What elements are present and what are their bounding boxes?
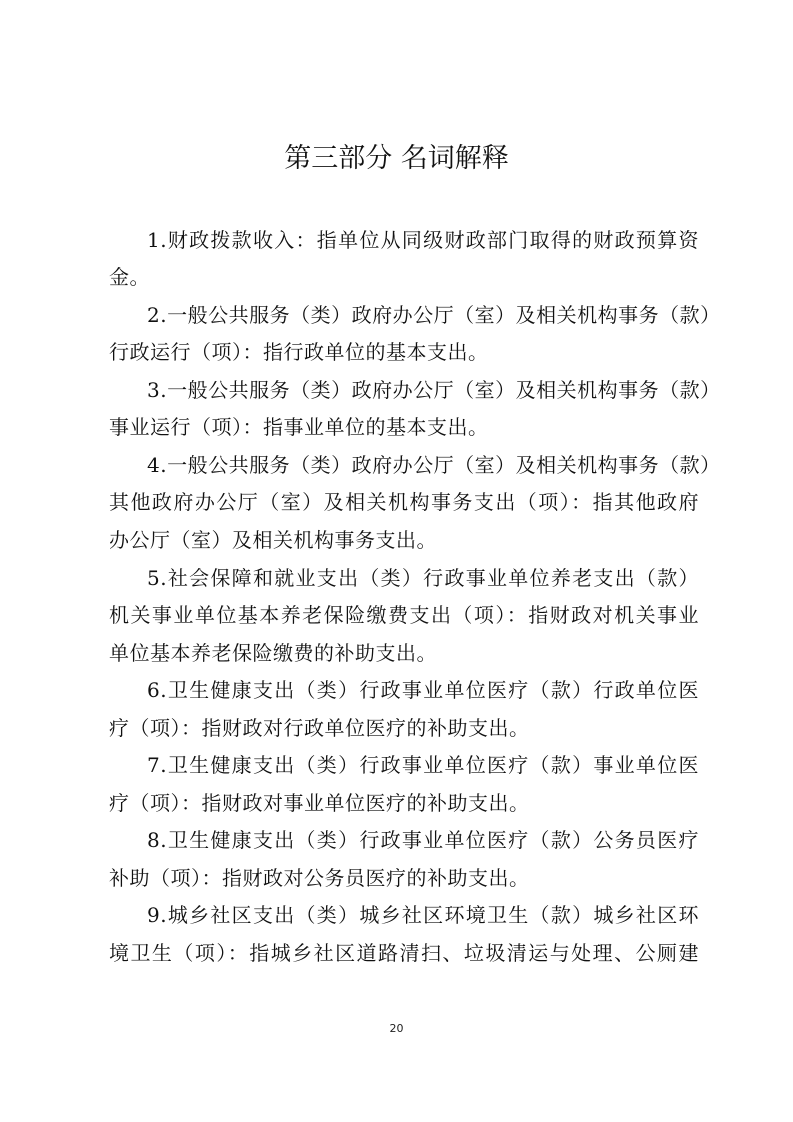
definition-4-line-1: 4.一般公共服务（类）政府办公厅（室）及相关机构事务（款）	[147, 451, 699, 479]
definition-3-line-2: 事业运行（项）：指事业单位的基本支出。	[109, 413, 699, 441]
definition-2-line-1: 2.一般公共服务（类）政府办公厅（室）及相关机构事务（款）	[147, 301, 699, 329]
definition-9-line-2: 境卫生（项）：指城乡社区道路清扫、垃圾清运与处理、公厕建	[109, 939, 699, 967]
page-number: 20	[0, 1022, 793, 1035]
definition-3-line-1: 3.一般公共服务（类）政府办公厅（室）及相关机构事务（款）	[147, 376, 699, 404]
definition-2-line-2: 行政运行（项）：指行政单位的基本支出。	[109, 338, 699, 366]
definition-8-line-1: 8.卫生健康支出（类）行政事业单位医疗（款）公务员医疗	[147, 826, 699, 854]
definition-1-line-2: 金。	[109, 263, 699, 291]
definition-5-line-3: 单位基本养老保险缴费的补助支出。	[109, 639, 699, 667]
definition-5-line-1: 5.社会保障和就业支出（类）行政事业单位养老支出（款）	[147, 564, 699, 592]
definition-5-line-2: 机关事业单位基本养老保险缴费支出（项）：指财政对机关事业	[109, 601, 699, 629]
definition-4-line-3: 办公厅（室）及相关机构事务支出。	[109, 526, 699, 554]
page-title: 第三部分 名词解释	[0, 139, 793, 179]
definition-9-line-1: 9.城乡社区支出（类）城乡社区环境卫生（款）城乡社区环	[147, 901, 699, 929]
definition-7-line-1: 7.卫生健康支出（类）行政事业单位医疗（款）事业单位医	[147, 751, 699, 779]
definition-1-line-1: 1.财政拨款收入：指单位从同级财政部门取得的财政预算资	[147, 226, 699, 254]
definition-4-line-2: 其他政府办公厅（室）及相关机构事务支出（项）：指其他政府	[109, 488, 699, 516]
definition-6-line-1: 6.卫生健康支出（类）行政事业单位医疗（款）行政单位医	[147, 676, 699, 704]
definition-7-line-2: 疗（项）：指财政对事业单位医疗的补助支出。	[109, 789, 699, 817]
definition-8-line-2: 补助（项）：指财政对公务员医疗的补助支出。	[109, 864, 699, 892]
definition-6-line-2: 疗（项）：指财政对行政单位医疗的补助支出。	[109, 714, 699, 742]
